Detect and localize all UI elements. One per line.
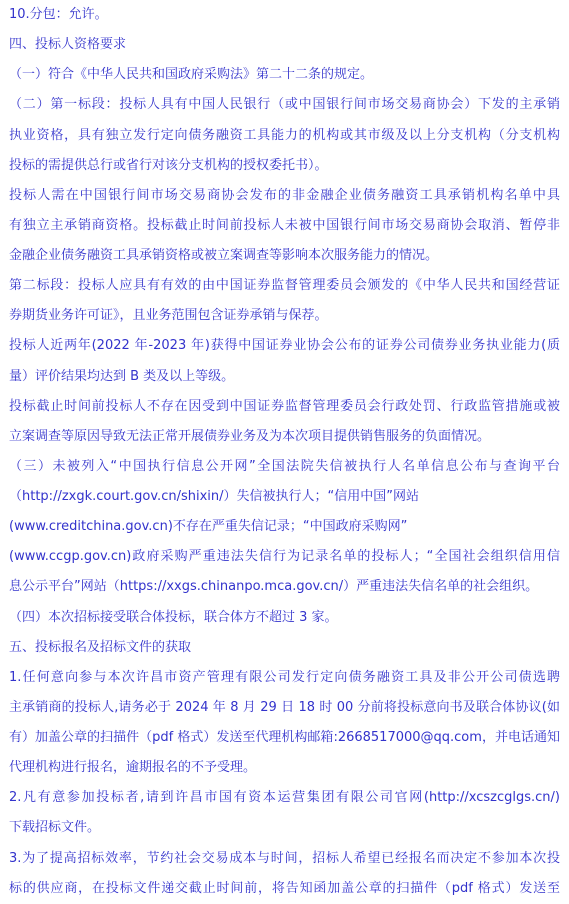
text-line: （一）符合《中华人民共和国政府采购法》第二十二条的规定。: [9, 60, 560, 90]
text-line-url: 息公示平台”网站（https://xxgs.chinanpo.mca.gov.c…: [9, 572, 560, 602]
text-line: 标的供应商，在投标文件递交截止时间前，将告知函加盖公章的扫描件（pdf 格式）发…: [9, 874, 560, 904]
text-line: 1.任何意向参与本次许昌市资产管理有限公司发行定向债务融资工具及非公开公司债选聘: [9, 663, 560, 693]
text-line: 代理机构进行报名，逾期报名的不予受理。: [9, 753, 560, 783]
section-heading-4: 四、投标人资格要求: [9, 30, 560, 60]
text-line-url: (www.creditchina.gov.cn)不存在严重失信记录；“中国政府采…: [9, 512, 560, 542]
document-page: 10.分包：允许。 四、投标人资格要求 （一）符合《中华人民共和国政府采购法》第…: [0, 0, 569, 904]
text-line: 投标的需提供总行或省行对该分支机构的授权委托书）。: [9, 151, 560, 181]
text-line-url: 2.凡有意参加投标者,请到许昌市国有资本运营集团有限公司官网(http://xc…: [9, 783, 560, 813]
text-line: 券期货业务许可证》，且业务范围包含证券承销与保荐。: [9, 301, 560, 331]
text-line-url: (www.ccgp.gov.cn)政府采购严重违法失信行为记录名单的投标人；“全…: [9, 542, 560, 572]
text-line: 下载招标文件。: [9, 813, 560, 843]
text-line: 执业资格，具有独立发行定向债务融资工具能力的机构或其市级及以上分支机构（分支机构: [9, 121, 560, 151]
section-heading-5: 五、投标报名及招标文件的获取: [9, 633, 560, 663]
text-line: 投标截止时间前投标人不存在因受到中国证券监督管理委员会行政处罚、行政监管措施或被: [9, 392, 560, 422]
text-line: （三）未被列入“中国执行信息公开网”全国法院失信被执行人名单信息公布与查询平台: [9, 452, 560, 482]
text-line: 3.为了提高招标效率，节约社会交易成本与时间，招标人希望已经报名而决定不参加本次…: [9, 844, 560, 874]
text-line: 10.分包：允许。: [9, 0, 560, 30]
text-line: 投标人需在中国银行间市场交易商协会发布的非金融企业债务融资工具承销机构名单中具: [9, 181, 560, 211]
text-line: 第二标段：投标人应具有有效的由中国证券监督管理委员会颁发的《中华人民共和国经营证: [9, 271, 560, 301]
text-line-email: 有）加盖公章的扫描件（pdf 格式）发送至代理机构邮箱:2668517000@q…: [9, 723, 560, 753]
text-line: 投标人近两年(2022 年-2023 年)获得中国证券业协会公布的证券公司债券业…: [9, 331, 560, 361]
text-line: 立案调查等原因导致无法正常开展债券业务及为本次项目提供销售服务的负面情况。: [9, 422, 560, 452]
text-line: 金融企业债务融资工具承销资格或被立案调查等影响本次服务能力的情况。: [9, 241, 560, 271]
text-line: 量）评价结果均达到 B 类及以上等级。: [9, 362, 560, 392]
text-line: 有独立主承销商资格。投标截止时间前投标人未被中国银行间市场交易商协会取消、暂停非: [9, 211, 560, 241]
text-line-url: （http://zxgk.court.gov.cn/shixin/）失信被执行人…: [9, 482, 560, 512]
text-line: 主承销商的投标人,请务必于 2024 年 8 月 29 日 18 时 00 分前…: [9, 693, 560, 723]
text-line: （二）第一标段：投标人具有中国人民银行（或中国银行间市场交易商协会）下发的主承销: [9, 90, 560, 120]
text-line: （四）本次招标接受联合体投标，联合体方不超过 3 家。: [9, 603, 560, 633]
